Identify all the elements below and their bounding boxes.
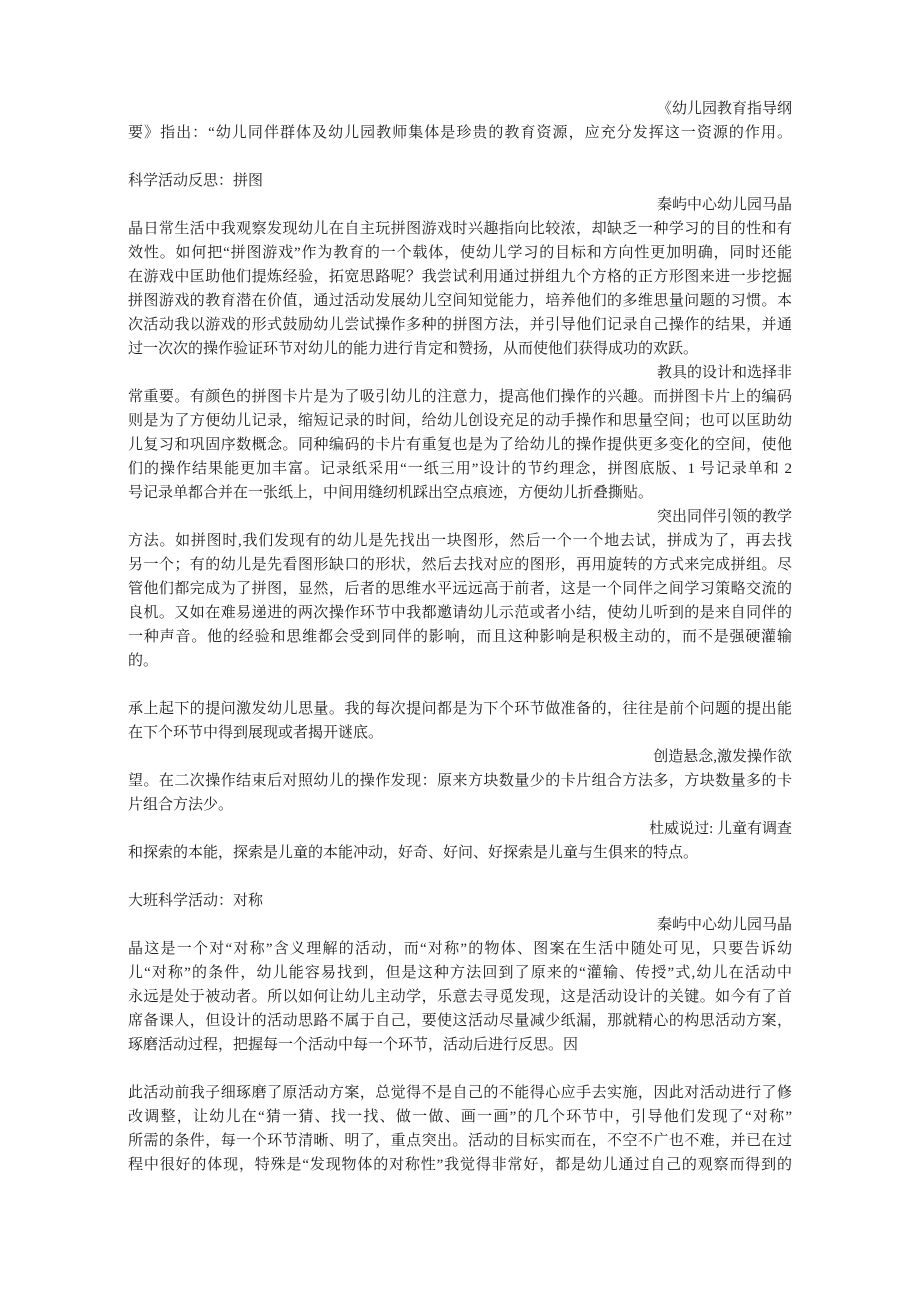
text-line: 晶日常生活中我观察发现幼儿在自主玩拼图游戏时兴趣指向比较浓，却缺乏一种学习的目的…	[128, 217, 792, 241]
document-content: 《幼儿园教育指导纲要》指出：“幼儿同伴群体及幼儿园教师集体是珍贵的教育资源，应充…	[128, 97, 792, 1177]
text-line: 此活动前我子细琢磨了原活动方案，总觉得不是自己的不能得心应手去实施，因此对活动进…	[128, 1081, 792, 1105]
blank-line	[128, 1057, 792, 1081]
text-line: 突出同伴引领的教学	[128, 505, 792, 529]
text-line: 们的操作结果能更加丰富。记录纸采用“一纸三用”设计的节约理念，拼图底版、1 号记…	[128, 457, 792, 481]
document-page: 《幼儿园教育指导纲要》指出：“幼儿同伴群体及幼儿园教师集体是珍贵的教育资源，应充…	[0, 0, 920, 1301]
blank-line	[128, 673, 792, 697]
text-line: 拼图游戏的教育潜在价值，通过活动发展幼儿空间知觉能力，培养他们的多维思量问题的习…	[128, 289, 792, 313]
text-line: 儿“对称”的条件，幼儿能容易找到，但是这种方法回到了原来的“灌输、传授”式,幼儿…	[128, 961, 792, 985]
text-line: 科学活动反思：拼图	[128, 169, 792, 193]
text-line: 杜威说过: 儿童有调查	[128, 817, 792, 841]
text-line: 所需的条件，每一个环节清晰、明了，重点突出。活动的目标实而在，不空不广也不难，并…	[128, 1129, 792, 1153]
text-line: 《幼儿园教育指导纲	[128, 97, 792, 121]
text-line: 效性。如何把“拼图游戏”作为教育的一个载体，使幼儿学习的目标和方向性更加明确，同…	[128, 241, 792, 265]
blank-line	[128, 145, 792, 169]
text-line: 和探索的本能，探索是儿童的本能冲动，好奇、好问、好探索是儿童与生俱来的特点。	[128, 841, 792, 865]
text-line: 管他们都完成为了拼图，显然，后者的思维水平远远高于前者，这是一个同伴之间学习策略…	[128, 577, 792, 601]
text-line: 琢磨活动过程，把握每一个活动中每一个环节，活动后进行反思。因	[128, 1033, 792, 1057]
text-line: 次活动我以游戏的形式鼓励幼儿尝试操作多种的拼图方法，并引导他们记录自己操作的结果…	[128, 313, 792, 337]
text-line: 在下个环节中得到展现或者揭开谜底。	[128, 721, 792, 745]
text-line: 儿复习和巩固序数概念。同种编码的卡片有重复也是为了给幼儿的操作提供更多变化的空间…	[128, 433, 792, 457]
text-line: 另一个；有的幼儿是先看图形缺口的形状，然后去找对应的图形，再用旋转的方式来完成拼…	[128, 553, 792, 577]
text-line: 席备课人，但设计的活动思路不属于自己，要使这活动尽量减少纸漏，那就精心的构思活动…	[128, 1009, 792, 1033]
blank-line	[128, 865, 792, 889]
text-line: 改调整，让幼儿在“猜一猜、找一找、做一做、画一画”的几个环节中，引导他们发现了“…	[128, 1105, 792, 1129]
text-line: 程中很好的体现，特殊是“发现物体的对称性”我觉得非常好，都是幼儿通过自己的观察而…	[128, 1153, 792, 1177]
text-line: 秦屿中心幼儿园马晶	[128, 193, 792, 217]
text-line: 常重要。有颜色的拼图卡片是为了吸引幼儿的注意力，提高他们操作的兴趣。而拼图卡片上…	[128, 385, 792, 409]
text-line: 承上起下的提问激发幼儿思量。我的每次提问都是为下个环节做准备的，往往是前个问题的…	[128, 697, 792, 721]
text-line: 晶这是一个对“对称”含义理解的活动，而“对称”的物体、图案在生活中随处可见，只要…	[128, 937, 792, 961]
text-line: 要》指出：“幼儿同伴群体及幼儿园教师集体是珍贵的教育资源，应充分发挥这一资源的作…	[128, 121, 792, 145]
text-line: 在游戏中匡助他们提炼经验，拓宽思路呢？我尝试利用通过拼组九个方格的正方形图来进一…	[128, 265, 792, 289]
text-line: 的。	[128, 649, 792, 673]
text-line: 一种声音。他的经验和思维都会受到同伴的影响，而且这种影响是积极主动的，而不是强硬…	[128, 625, 792, 649]
text-line: 方法。如拼图时,我们发现有的幼儿是先找出一块图形，然后一个一个地去试，拼成为了，…	[128, 529, 792, 553]
text-line: 则是为了方便幼儿记录，缩短记录的时间，给幼儿创设充足的动手操作和思量空间；也可以…	[128, 409, 792, 433]
text-line: 片组合方法少。	[128, 793, 792, 817]
text-line: 望。在二次操作结束后对照幼儿的操作发现：原来方块数量少的卡片组合方法多，方块数量…	[128, 769, 792, 793]
text-line: 号记录单都合并在一张纸上，中间用缝纫机踩出空点痕迹，方便幼儿折叠撕贴。	[128, 481, 792, 505]
text-line: 大班科学活动：对称	[128, 889, 792, 913]
text-line: 秦屿中心幼儿园马晶	[128, 913, 792, 937]
text-line: 永远是处于被动者。所以如何让幼儿主动学，乐意去寻觅发现，这是活动设计的关键。如今…	[128, 985, 792, 1009]
text-line: 创造悬念,激发操作欲	[128, 745, 792, 769]
text-line: 教具的设计和选择非	[128, 361, 792, 385]
text-line: 良机。又如在难易递进的两次操作环节中我都邀请幼儿示范或者小结，使幼儿听到的是来自…	[128, 601, 792, 625]
text-line: 过一次次的操作验证环节对幼儿的能力进行肯定和赞扬，从而使他们获得成功的欢跃。	[128, 337, 792, 361]
